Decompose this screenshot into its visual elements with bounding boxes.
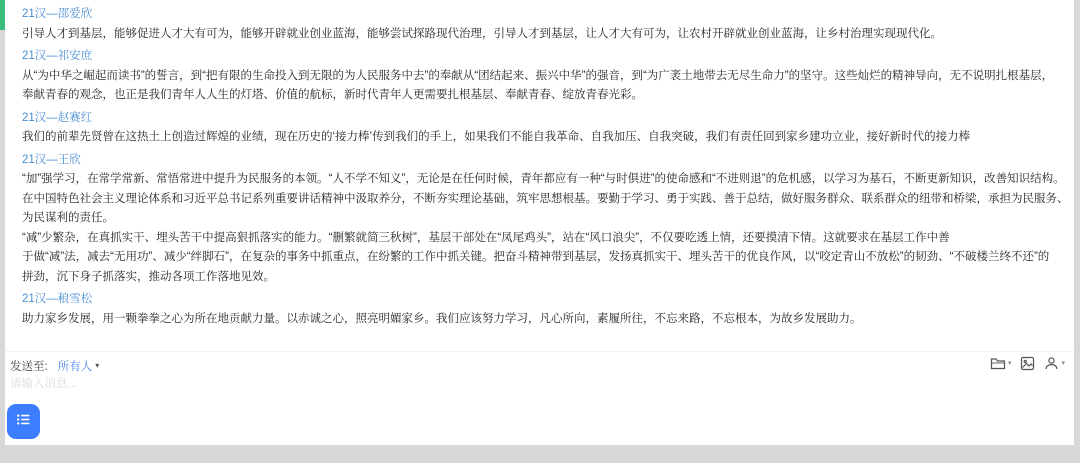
scroll-indicator xyxy=(0,0,5,30)
contact-icon xyxy=(1044,356,1059,371)
chat-panel: 21汉—邵爱欣 引导人才到基层，能够促进人才大有可为，能够开辟就业创业蓝海，能够… xyxy=(5,0,1074,445)
chevron-down-icon: ▾ xyxy=(95,362,99,370)
sender-name: 21汉—邵爱欣 xyxy=(22,5,1068,25)
message-text: 助力家乡发展，用一颗拳拳之心为所在地贡献力量。以赤诚之心，照亮明媚家乡。我们应该… xyxy=(22,310,1068,330)
sender-name: 21汉—赵赛红 xyxy=(22,109,1068,129)
image-icon xyxy=(1020,356,1035,371)
message-input-row xyxy=(10,374,530,392)
message-text: “减”少繁杂，在真抓实干、埋头苦干中提高狠抓落实的能力。“删繁就简三秋树”，基层… xyxy=(22,229,1068,249)
message-text: 拼劲，沉下身子抓落实，推动各项工作落地见效。 xyxy=(22,268,1068,288)
compose-toolbar: ▾ ▾ xyxy=(990,356,1065,371)
message-text: 我们的前辈先贤曾在这热土上创造过辉煌的业绩，现在历史的‘接力棒’传到我们的手上，… xyxy=(22,128,1068,148)
send-to-row: 发送至: 所有人 ▾ xyxy=(10,358,99,374)
chat-message: 21汉—祁安庶 从“为中华之崛起而读书”的誓言，到“把有限的生命投入到无限的为人… xyxy=(22,47,1068,106)
send-to-dropdown[interactable]: 所有人 ▾ xyxy=(58,358,100,374)
compose-area: 发送至: 所有人 ▾ ▾ xyxy=(5,351,1074,445)
message-list-button[interactable] xyxy=(7,404,40,439)
folder-button[interactable]: ▾ xyxy=(990,356,1012,371)
chat-message: 21汉—王欣 “加”强学习，在常学常新、常悟常进中提升为民服务的本领。“人不学不… xyxy=(22,151,1068,288)
send-to-label: 发送至: xyxy=(10,358,48,374)
chevron-down-icon: ▾ xyxy=(1061,360,1065,367)
message-text: 奉献青春的观念，也正是我们青年人人生的灯塔、价值的航标，新时代青年人更需要扎根基… xyxy=(22,86,1068,106)
chat-message: 21汉—赵赛红 我们的前辈先贤曾在这热土上创造过辉煌的业绩，现在历史的‘接力棒’… xyxy=(22,109,1068,148)
contact-button[interactable]: ▾ xyxy=(1044,356,1065,371)
chevron-down-icon: ▾ xyxy=(1008,360,1012,367)
message-text: 为民谋利的责任。 xyxy=(22,209,1068,229)
bottom-margin xyxy=(0,445,1080,463)
sender-name: 21汉—王欣 xyxy=(22,151,1068,171)
message-text: 从“为中华之崛起而读书”的誓言，到“把有限的生命投入到无限的为人民服务中去”的奉… xyxy=(22,67,1068,87)
list-icon xyxy=(15,411,32,433)
sender-name: 21汉—稂雪松 xyxy=(22,290,1068,310)
send-to-value: 所有人 xyxy=(58,358,93,374)
message-list: 21汉—邵爱欣 引导人才到基层，能够促进人才大有可为，能够开辟就业创业蓝海，能够… xyxy=(22,5,1068,329)
folder-icon xyxy=(990,356,1006,371)
message-input[interactable] xyxy=(10,376,530,392)
message-text: 引导人才到基层，能够促进人才大有可为，能够开辟就业创业蓝海，能够尝试探路现代治理… xyxy=(22,25,1068,45)
right-margin xyxy=(1074,0,1080,463)
message-text: 于做“减”法，减去“无用功”、减少“绊脚石”，在复杂的事务中抓重点，在纷繁的工作… xyxy=(22,248,1068,268)
image-button[interactable] xyxy=(1020,356,1035,371)
chat-message: 21汉—稂雪松 助力家乡发展，用一颗拳拳之心为所在地贡献力量。以赤诚之心，照亮明… xyxy=(22,290,1068,329)
chat-message: 21汉—邵爱欣 引导人才到基层，能够促进人才大有可为，能够开辟就业创业蓝海，能够… xyxy=(22,5,1068,44)
sender-name: 21汉—祁安庶 xyxy=(22,47,1068,67)
message-text: 在中国特色社会主义理论体系和习近平总书记系列重要讲话精神中汲取养分，不断夯实理论… xyxy=(22,190,1068,210)
message-text: “加”强学习，在常学常新、常悟常进中提升为民服务的本领。“人不学不知义”，无论是… xyxy=(22,170,1068,190)
